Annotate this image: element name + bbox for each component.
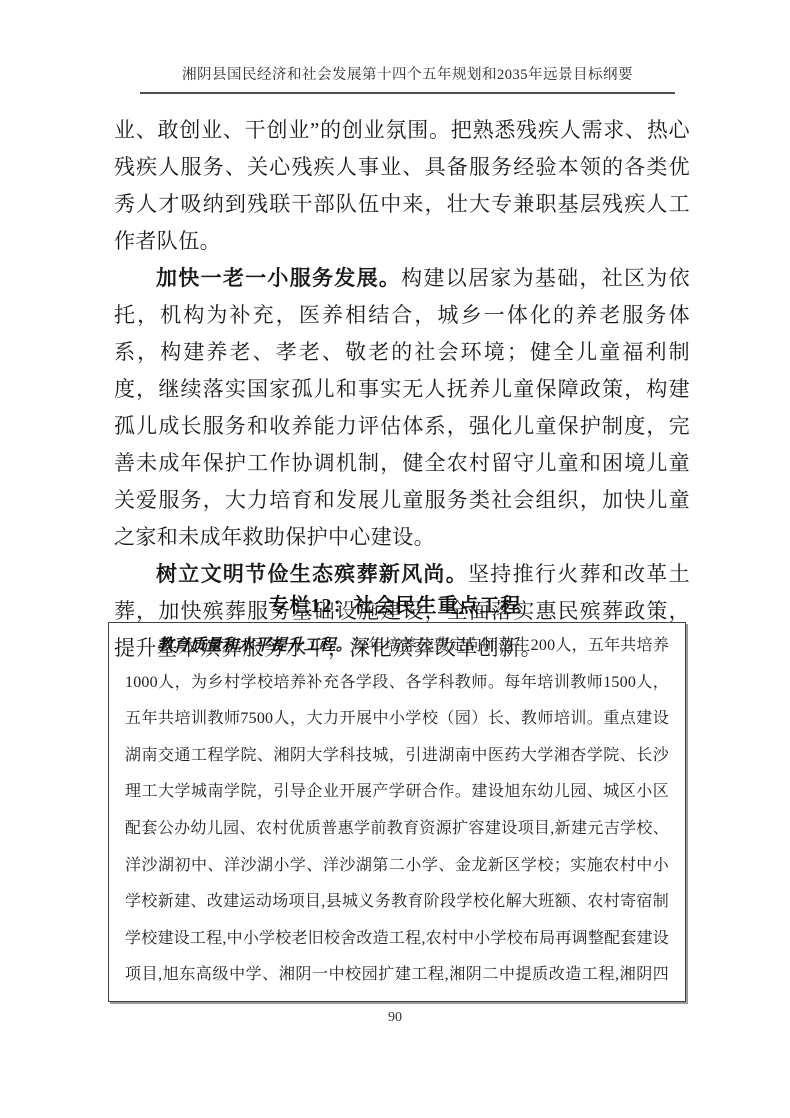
running-header-title: 湘阴县国民经济和社会发展第十四个五年规划和2035年远景目标纲要 <box>182 67 633 83</box>
body-paragraph-elderly-children-services: 加快一老一小服务发展。构建以居家为基础，社区为依托，机构为补充，医养相结合，城乡… <box>114 260 690 556</box>
paragraph-text: 构建以居家为基础，社区为依托，机构为补充，医养相结合，城乡一体化的养老服务体系，… <box>114 266 690 549</box>
running-header: 湘阴县国民经济和社会发展第十四个五年规划和2035年远景目标纲要 <box>140 63 675 94</box>
paragraph-lead: 树立文明节俭生态殡葬新风尚。 <box>156 562 468 586</box>
body-content: 业、敢创业、干创业”的创业氛围。把熟悉残疾人需求、热心残疾人服务、关心残疾人事业… <box>114 112 690 667</box>
paragraph-lead: 加快一老一小服务发展。 <box>156 266 401 290</box>
document-page: 湘阴县国民经济和社会发展第十四个五年规划和2035年远景目标纲要 业、敢创业、干… <box>0 0 790 1118</box>
paragraph-text: 业、敢创业、干创业”的创业氛围。把熟悉残疾人需求、热心残疾人服务、关心残疾人事业… <box>114 118 690 253</box>
callout-title: 专栏12：社会民生重点工程 <box>0 589 790 618</box>
callout-lead: 教育质量和水平提升工程。 <box>157 637 352 654</box>
callout-box: 教育质量和水平提升工程。每年培养公费定向师范生200人，五年共培养1000人，为… <box>108 622 686 1002</box>
page-number: 90 <box>0 1010 790 1026</box>
body-paragraph-continuation: 业、敢创业、干创业”的创业氛围。把熟悉残疾人需求、热心残疾人服务、关心残疾人事业… <box>114 112 690 260</box>
callout-body-text: 每年培养公费定向师范生200人，五年共培养1000人，为乡村学校培养补充各学段、… <box>125 637 669 1002</box>
callout-paragraph: 教育质量和水平提升工程。每年培养公费定向师范生200人，五年共培养1000人，为… <box>125 628 669 1002</box>
